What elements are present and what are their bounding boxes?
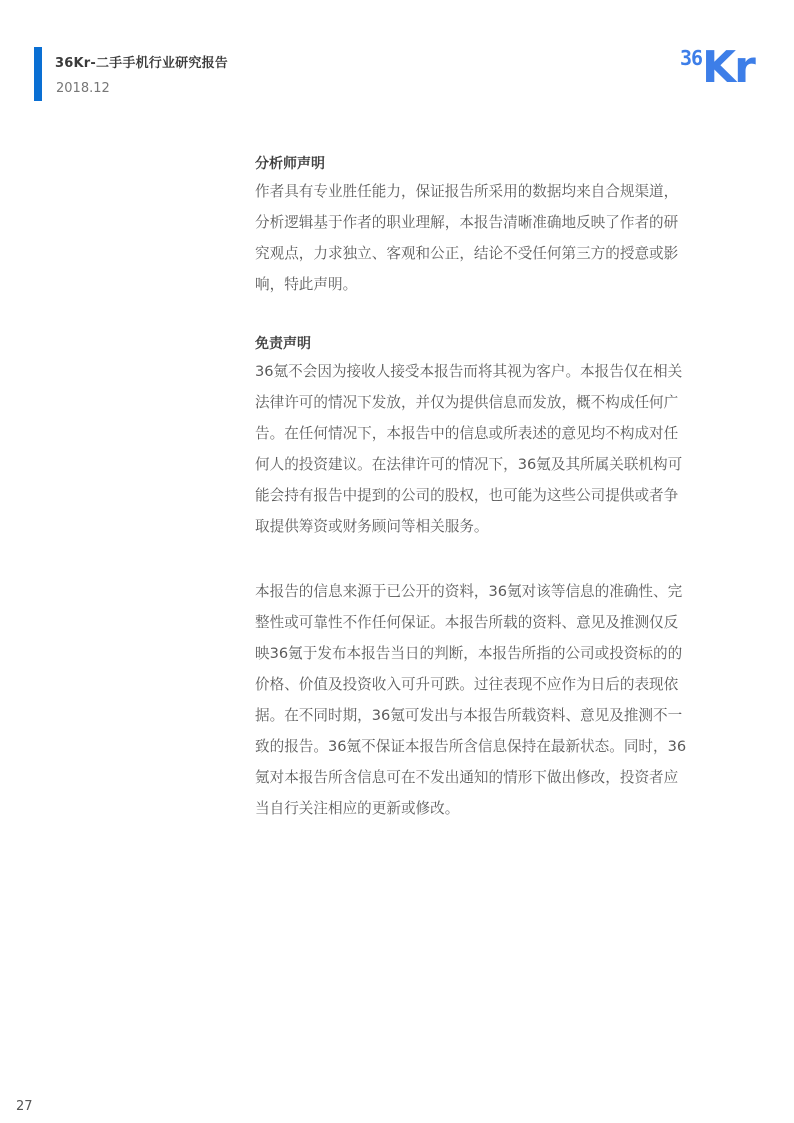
report-title: 36Kr-二手手机行业研究报告 (55, 52, 228, 71)
page-number: 27 (16, 1099, 33, 1114)
section-spacer (255, 300, 725, 332)
disclaimer-content: 分析师声明 作者具有专业胜任能力，保证报告所采用的数据均来自合规渠道， 分析逻辑… (255, 152, 725, 824)
paragraph-line: 致的报告。36氪不保证本报告所含信息保持在最新状态。同时，36 (255, 731, 725, 762)
paragraph-line: 据。在不同时期，36氪可发出与本报告所载资料、意见及推测不一 (255, 700, 725, 731)
analyst-statement-paragraph: 作者具有专业胜任能力，保证报告所采用的数据均来自合规渠道， 分析逻辑基于作者的职… (255, 176, 725, 300)
36kr-logo: 36 Kr (680, 42, 770, 94)
paragraph-line: 取提供筹资或财务顾问等相关服务。 (255, 511, 725, 542)
disclaimer-paragraph: 36氪不会因为接收人接受本报告而将其视为客户。本报告仅在相关 法律许可的情况下发… (255, 356, 725, 542)
paragraph-line: 分析逻辑基于作者的职业理解，本报告清晰准确地反映了作者的研 (255, 207, 725, 238)
paragraph-line: 作者具有专业胜任能力，保证报告所采用的数据均来自合规渠道， (255, 176, 725, 207)
paragraph-line: 响，特此声明。 (255, 269, 725, 300)
paragraph-line: 当自行关注相应的更新或修改。 (255, 793, 725, 824)
header-accent-bar (34, 47, 42, 101)
paragraph-line: 告。在任何情况下，本报告中的信息或所表述的意见均不构成对任 (255, 418, 725, 449)
paragraph-line: 能会持有报告中提到的公司的股权，也可能为这些公司提供或者争 (255, 480, 725, 511)
section-spacer (255, 542, 725, 576)
disclaimer-title: 免责声明 (255, 332, 725, 356)
paragraph-line: 究观点，力求独立、客观和公正，结论不受任何第三方的授意或影 (255, 238, 725, 269)
analyst-statement-title: 分析师声明 (255, 152, 725, 176)
report-date: 2018.12 (56, 81, 110, 96)
paragraph-line: 本报告的信息来源于已公开的资料，36氪对该等信息的准确性、完 (255, 576, 725, 607)
logo-kr-text: Kr (702, 42, 754, 94)
information-source-paragraph: 本报告的信息来源于已公开的资料，36氪对该等信息的准确性、完 整性或可靠性不作任… (255, 576, 725, 824)
paragraph-line: 映36氪于发布本报告当日的判断，本报告所指的公司或投资标的的 (255, 638, 725, 669)
logo-36-text: 36 (680, 46, 702, 70)
paragraph-line: 法律许可的情况下发放，并仅为提供信息而发放，概不构成任何广 (255, 387, 725, 418)
paragraph-line: 何人的投资建议。在法律许可的情况下，36氪及其所属关联机构可 (255, 449, 725, 480)
paragraph-line: 整性或可靠性不作任何保证。本报告所载的资料、意见及推测仅反 (255, 607, 725, 638)
paragraph-line: 36氪不会因为接收人接受本报告而将其视为客户。本报告仅在相关 (255, 356, 725, 387)
paragraph-line: 价格、价值及投资收入可升可跌。过往表现不应作为日后的表现依 (255, 669, 725, 700)
paragraph-line: 氪对本报告所含信息可在不发出通知的情形下做出修改，投资者应 (255, 762, 725, 793)
